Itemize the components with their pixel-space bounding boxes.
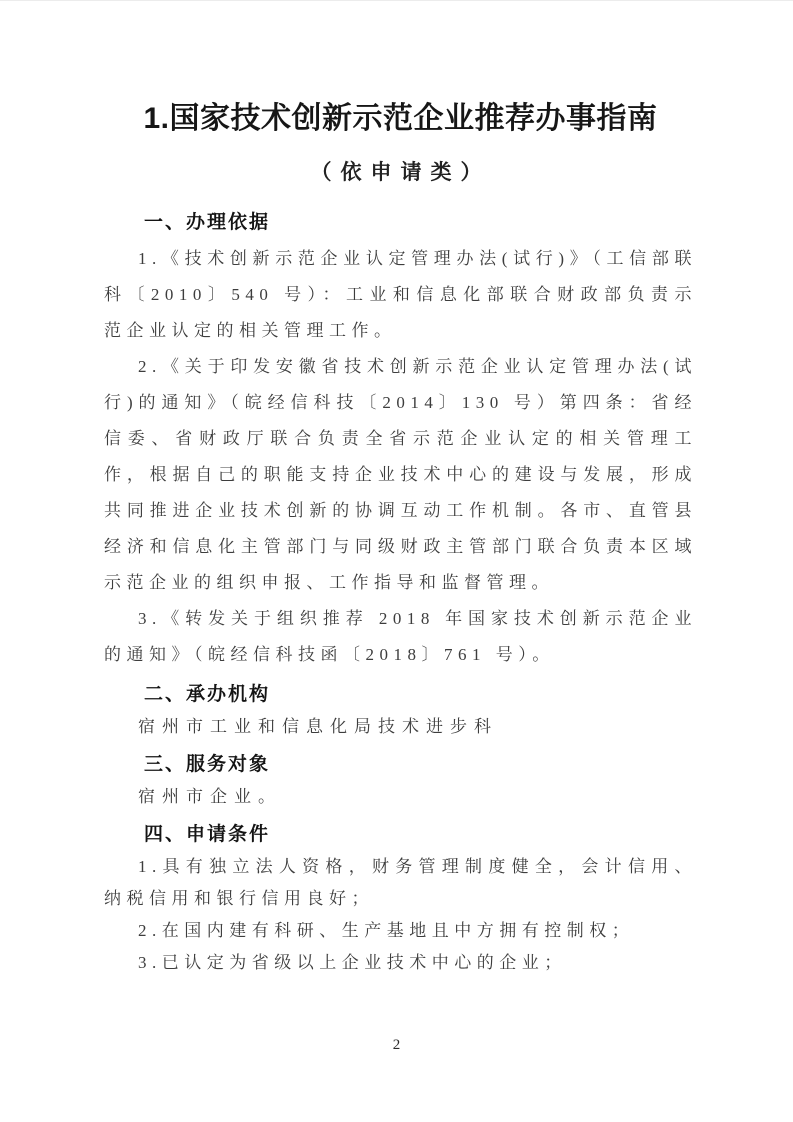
section-undertaking-agency: 二、承办机构 宿州市工业和信息化局技术进步科 [104,679,697,743]
section-heading-service-target: 三、服务对象 [104,749,697,781]
paragraph-condition-3: 3.已认定为省级以上企业技术中心的企业； [104,947,697,979]
document-page: 1.国家技术创新示范企业推荐办事指南 （依申请类） 一、办理依据 1.《技术创新… [0,0,793,1122]
paragraph-basis-3: 3.《转发关于组织推荐 2018 年国家技术创新示范企业的通知》（皖经信科技函〔… [104,601,697,673]
section-service-target: 三、服务对象 宿州市企业。 [104,749,697,813]
section-heading-application-conditions: 四、申请条件 [104,819,697,851]
paragraph-condition-2: 2.在国内建有科研、生产基地且中方拥有控制权； [104,915,697,947]
paragraph-basis-2: 2.《关于印发安徽省技术创新示范企业认定管理办法(试行)的通知》（皖经信科技〔2… [104,349,697,601]
section-handling-basis: 一、办理依据 1.《技术创新示范企业认定管理办法(试行)》（工信部联科〔2010… [104,205,697,673]
paragraph-agency-name: 宿州市工业和信息化局技术进步科 [104,711,697,743]
section-heading-undertaking-agency: 二、承办机构 [104,679,697,711]
section-application-conditions: 四、申请条件 1.具有独立法人资格，财务管理制度健全，会计信用、纳税信用和银行信… [104,819,697,979]
paragraph-condition-1: 1.具有独立法人资格，财务管理制度健全，会计信用、纳税信用和银行信用良好； [104,851,697,915]
document-title: 1.国家技术创新示范企业推荐办事指南 [104,97,697,141]
page-number: 2 [0,1035,793,1055]
paragraph-service-target: 宿州市企业。 [104,781,697,813]
section-heading-handling-basis: 一、办理依据 [104,205,697,241]
paragraph-basis-1: 1.《技术创新示范企业认定管理办法(试行)》（工信部联科〔2010〕540 号）… [104,241,697,349]
document-subtitle: （依申请类） [104,155,697,189]
